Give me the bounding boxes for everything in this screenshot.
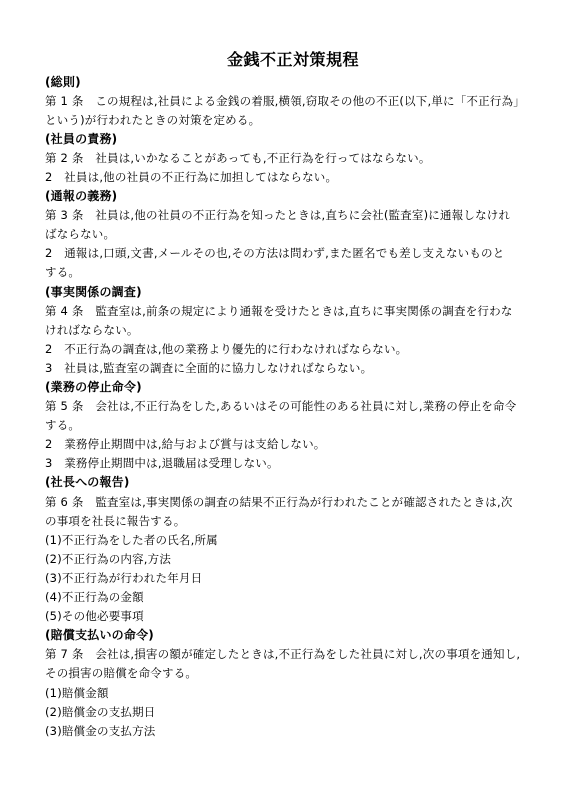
text-line: 3 社員は,監査室の調査に全面的に協力しなければならない。 xyxy=(45,359,565,378)
text-line: (3)賠償金の支払方法 xyxy=(45,722,565,741)
text-line: 第 2 条 社員は,いかなることがあっても,不正行為を行ってはならない。 xyxy=(45,149,565,168)
section-heading: (社員の責務) xyxy=(45,130,565,149)
text-line: (2)賠償金の支払期日 xyxy=(45,703,565,722)
section-heading: (事実関係の調査) xyxy=(45,283,565,302)
section-heading: (通報の義務) xyxy=(45,187,565,206)
text-line: 第 3 条 社員は,他の社員の不正行為を知ったときは,直ちに会社(監査室)に通報… xyxy=(45,206,565,225)
text-line: 第 5 条 会社は,不正行為をした,あるいはその可能性のある社員に対し,業務の停… xyxy=(45,397,565,416)
section-heading: (業務の停止命令) xyxy=(45,378,565,397)
text-line: 3 業務停止期間中は,退職届は受理しない。 xyxy=(45,454,565,473)
section-heading: (総則) xyxy=(45,73,565,92)
text-line: 第 6 条 監査室は,事実関係の調査の結果不正行為が行われたことが確認されたとき… xyxy=(45,493,565,512)
document-title: 金銭不正対策規程 xyxy=(0,47,586,70)
text-line: (5)その他必要事項 xyxy=(45,607,565,626)
text-line: する。 xyxy=(45,263,565,282)
text-line: 第 7 条 会社は,損害の額が確定したときは,不正行為をした社員に対し,次の事項… xyxy=(45,645,565,664)
text-line: その損害の賠償を命令する。 xyxy=(45,664,565,683)
section-heading: (賠償支払いの命令) xyxy=(45,626,565,645)
text-line: 第 4 条 監査室は,前条の規定により通報を受けたときは,直ちに事実関係の調査を… xyxy=(45,302,565,321)
text-line: 2 通報は,口頭,文書,メールその也,その方法は問わず,また匿名でも差し支えない… xyxy=(45,244,565,263)
text-line: の事項を社長に報告する。 xyxy=(45,512,565,531)
text-line: (4)不正行為の金額 xyxy=(45,588,565,607)
text-line: (3)不正行為が行われた年月日 xyxy=(45,569,565,588)
text-line: 2 不正行為の調査は,他の業務より優先的に行わなければならない。 xyxy=(45,340,565,359)
document-page: 金銭不正対策規程 (総則)第 1 条 この規程は,社員による金銭の着服,横領,窃… xyxy=(0,0,586,802)
text-line: ばならない。 xyxy=(45,225,565,244)
text-line: (1)賠償金額 xyxy=(45,684,565,703)
text-line: 2 社員は,他の社員の不正行為に加担してはならない。 xyxy=(45,168,565,187)
text-line: という)が行われたときの対策を定める。 xyxy=(45,111,565,130)
text-line: 2 業務停止期間中は,給与および賞与は支給しない。 xyxy=(45,435,565,454)
document-body: (総則)第 1 条 この規程は,社員による金銭の着服,横領,窃取その他の不正(以… xyxy=(45,73,565,741)
text-line: (2)不正行為の内容,方法 xyxy=(45,550,565,569)
text-line: (1)不正行為をした者の氏名,所属 xyxy=(45,531,565,550)
text-line: ければならない。 xyxy=(45,321,565,340)
text-line: する。 xyxy=(45,416,565,435)
section-heading: (社長への報告) xyxy=(45,473,565,492)
text-line: 第 1 条 この規程は,社員による金銭の着服,横領,窃取その他の不正(以下,単に… xyxy=(45,92,565,111)
